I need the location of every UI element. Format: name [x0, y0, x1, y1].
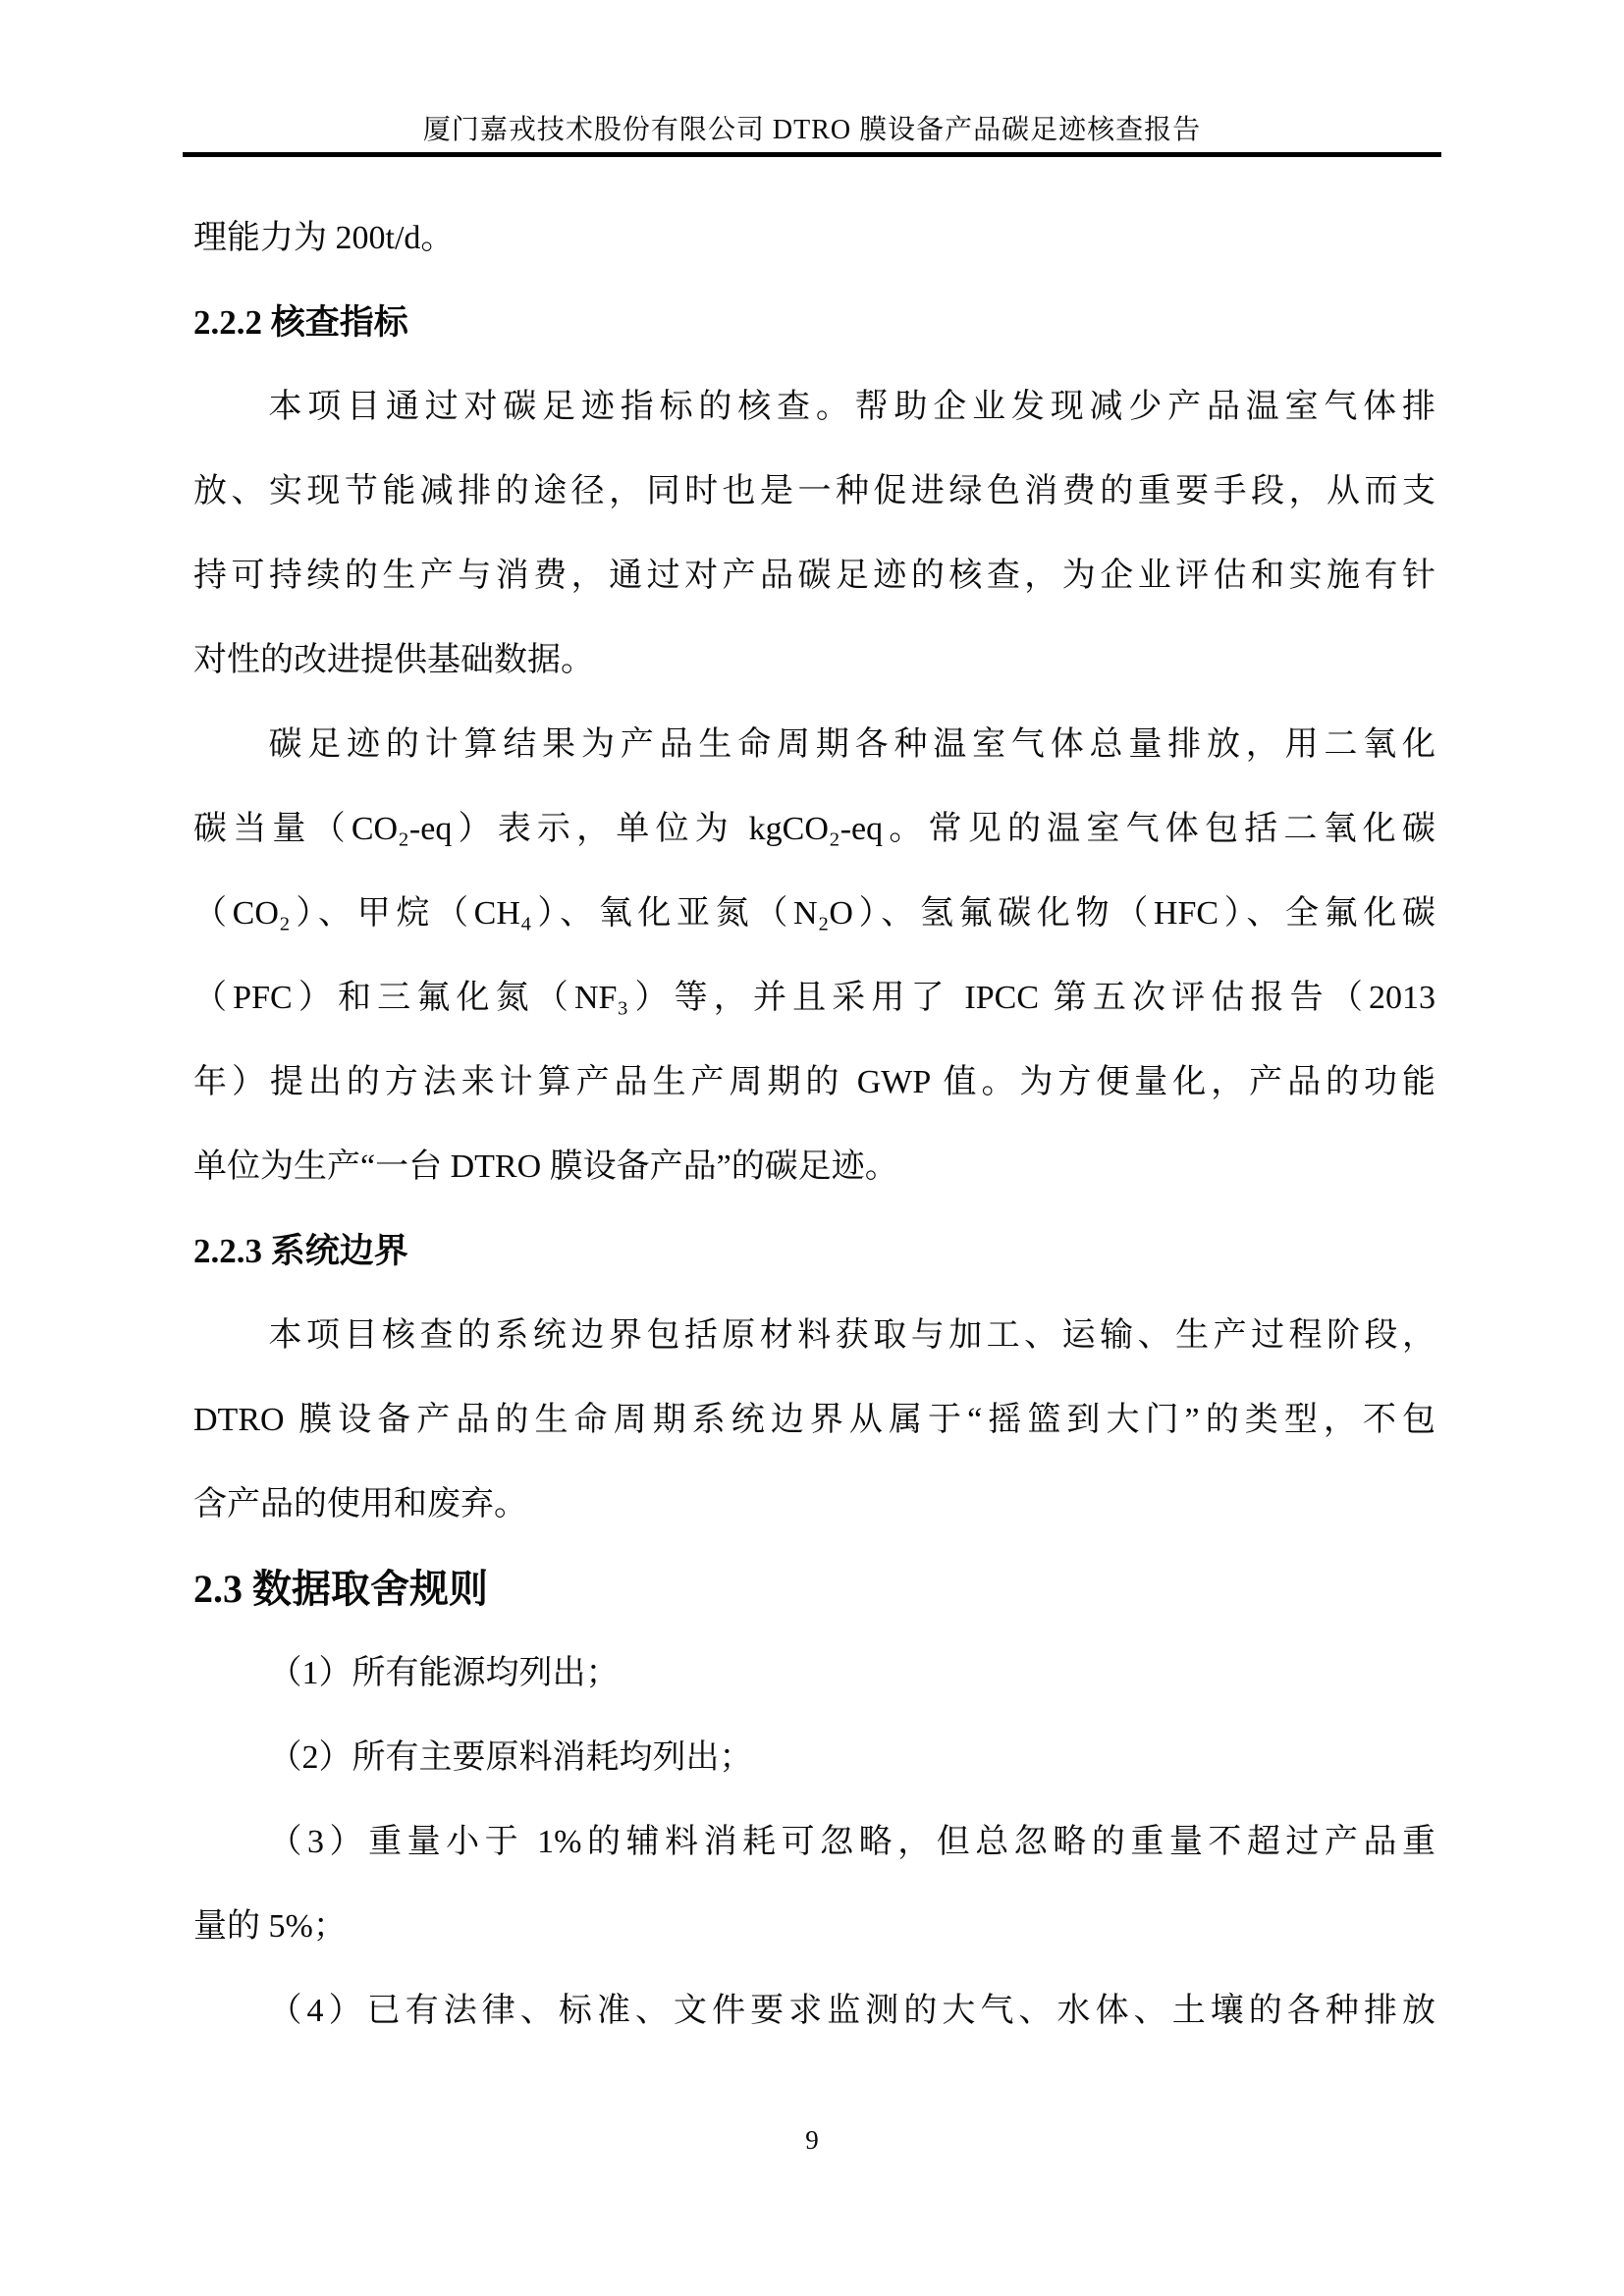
list-item-line: （2）所有主要原料消耗均列出；	[193, 1716, 1435, 1800]
paragraph-line: 含产品的使用和废弃。	[193, 1463, 1435, 1547]
document-page: 厦门嘉戎技术股份有限公司 DTRO 膜设备产品碳足迹核查报告 理能力为 200t…	[0, 0, 1624, 2296]
body-line: 理能力为 200t/d。	[193, 196, 1435, 281]
list-item-line: （3）重量小于 1%的辅料消耗可忽略，但总忽略的重量不超过产品重	[193, 1800, 1435, 1885]
list-item-line: 量的 5%；	[193, 1885, 1435, 1969]
document-body: 理能力为 200t/d。 2.2.2 核查指标 本项目通过对碳足迹指标的核查。帮…	[193, 196, 1435, 2054]
paragraph-line: （PFC）和三氟化氮（NF₃）等，并且采用了 IPCC 第五次评估报告（2013	[193, 956, 1435, 1041]
paragraph-line: 本项目核查的系统边界包括原材料获取与加工、运输、生产过程阶段，	[193, 1294, 1435, 1378]
paragraph-line: 碳足迹的计算结果为产品生命周期各种温室气体总量排放，用二氧化	[193, 703, 1435, 787]
paragraph-line: 碳当量（CO₂-eq）表示，单位为 kgCO₂-eq。常见的温室气体包括二氧化碳	[193, 787, 1435, 872]
paragraph-line: 放、实现节能减排的途径，同时也是一种促进绿色消费的重要手段，从而支	[193, 450, 1435, 534]
paragraph-line: 对性的改进提供基础数据。	[193, 618, 1435, 703]
paragraph-line: （CO₂）、甲烷（CH₄）、氧化亚氮（N₂O）、氢氟碳化物（HFC）、全氟化碳	[193, 872, 1435, 956]
section-heading: 2.2.3 系统边界	[193, 1209, 1435, 1294]
paragraph-line: 本项目通过对碳足迹指标的核查。帮助企业发现减少产品温室气体排	[193, 365, 1435, 450]
paragraph-line: 单位为生产“一台 DTRO 膜设备产品”的碳足迹。	[193, 1125, 1435, 1209]
section-heading: 2.3 数据取舍规则	[193, 1547, 1435, 1631]
paragraph-line: 年）提出的方法来计算产品生产周期的 GWP 值。为方便量化，产品的功能	[193, 1041, 1435, 1125]
page-header-title: 厦门嘉戎技术股份有限公司 DTRO 膜设备产品碳足迹核查报告	[0, 116, 1624, 145]
paragraph-line: DTRO 膜设备产品的生命周期系统边界从属于“摇篮到大门”的类型，不包	[193, 1378, 1435, 1463]
section-heading: 2.2.2 核查指标	[193, 281, 1435, 365]
page-number: 9	[0, 2120, 1624, 2160]
header-rule	[183, 152, 1441, 157]
list-item-line: （1）所有能源均列出；	[193, 1631, 1435, 1716]
paragraph-line: 持可持续的生产与消费，通过对产品碳足迹的核查，为企业评估和实施有针	[193, 534, 1435, 618]
list-item-line: （4）已有法律、标准、文件要求监测的大气、水体、土壤的各种排放	[193, 1969, 1435, 2054]
